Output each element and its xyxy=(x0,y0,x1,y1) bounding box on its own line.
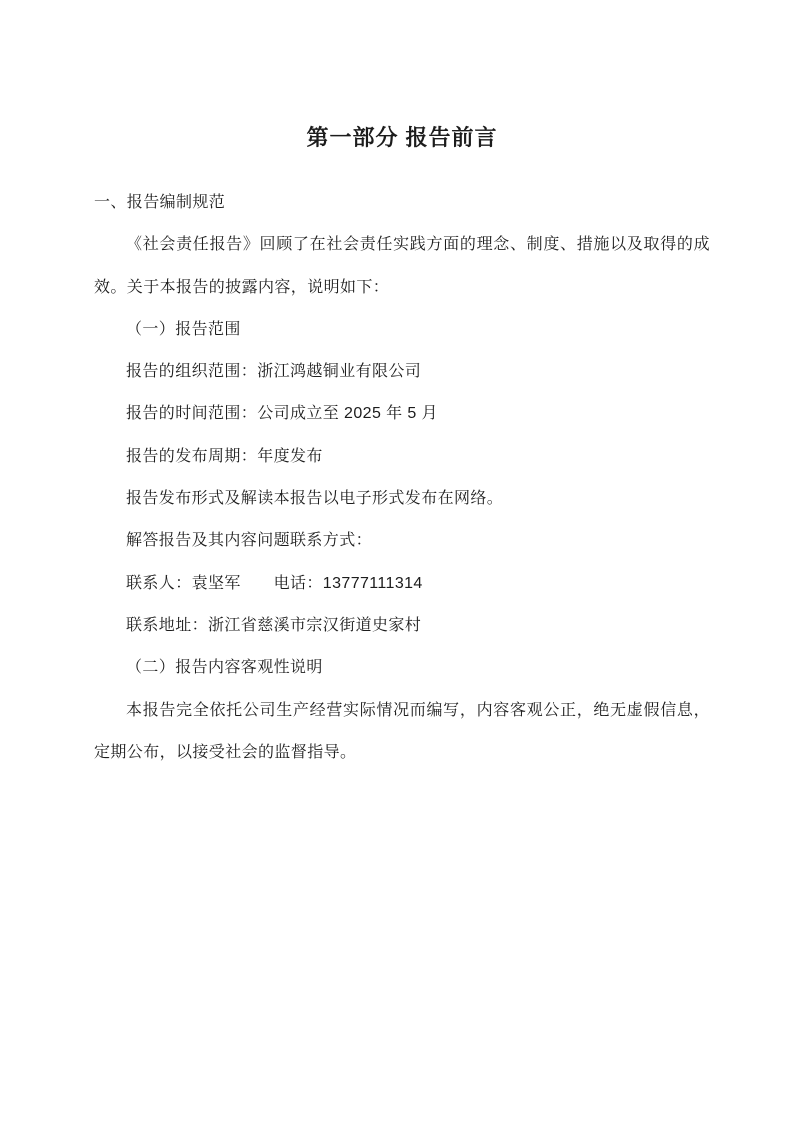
document-page: 第一部分 报告前言 一、报告编制规范《社会责任报告》回顾了在社会责任实践方面的理… xyxy=(0,0,800,1132)
paragraph: 解答报告及其内容问题联系方式： xyxy=(94,520,710,562)
paragraph: 本报告完全依托公司生产经营实际情况而编写，内容客观公正，绝无虚假信息，定期公布，… xyxy=(94,690,710,775)
paragraph: 报告发布形式及解读本报告以电子形式发布在网络。 xyxy=(94,478,710,520)
paragraph: 报告的组织范围：浙江鸿越铜业有限公司 xyxy=(94,351,710,393)
paragraph: 联系地址：浙江省慈溪市宗汉街道史家村 xyxy=(94,605,710,647)
paragraph: 报告的发布周期：年度发布 xyxy=(94,436,710,478)
paragraph: （一）报告范围 xyxy=(94,309,710,351)
paragraph: 联系人：袁坚军 电话：13777111314 xyxy=(94,563,710,605)
paragraph: 《社会责任报告》回顾了在社会责任实践方面的理念、制度、措施以及取得的成效。关于本… xyxy=(94,224,710,309)
paragraph: 报告的时间范围：公司成立至 2025 年 5 月 xyxy=(94,393,710,435)
document-title: 第一部分 报告前言 xyxy=(94,122,710,154)
document-body: 一、报告编制规范《社会责任报告》回顾了在社会责任实践方面的理念、制度、措施以及取… xyxy=(94,182,710,774)
section-heading: 一、报告编制规范 xyxy=(94,182,710,224)
paragraph: （二）报告内容客观性说明 xyxy=(94,647,710,689)
